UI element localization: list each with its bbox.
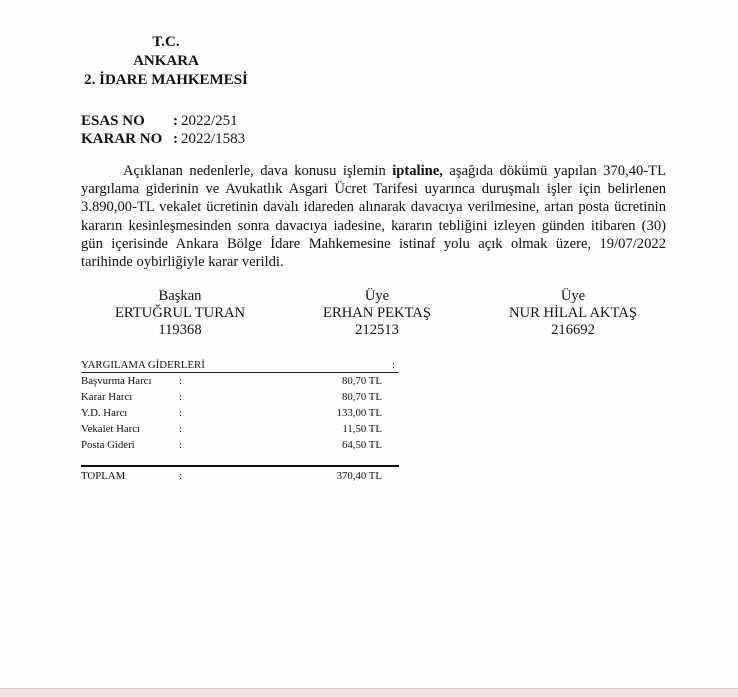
- signature-id: 212513: [277, 322, 477, 339]
- total-divider: [81, 465, 399, 467]
- signature-role: Başkan: [80, 288, 280, 305]
- cost-amount: 11,50 TL: [342, 423, 382, 435]
- karar-colon: :: [173, 130, 178, 148]
- cost-colon: :: [179, 423, 182, 435]
- document-page: T.C. ANKARA 2. İDARE MAHKEMESİ ESAS NO :…: [0, 0, 738, 688]
- costs-header-colon: :: [392, 359, 395, 371]
- page-bottom-edge: [0, 688, 738, 697]
- header-city: ANKARA: [84, 52, 248, 71]
- karar-label: KARAR NO: [81, 130, 173, 148]
- signature-id: 119368: [80, 322, 280, 339]
- cost-label: Karar Harcı: [81, 391, 132, 403]
- esas-colon: :: [173, 112, 178, 130]
- decision-text-part1: Açıklanan nedenlerle, dava konusu işlemi…: [123, 163, 392, 179]
- signature-name: NUR HİLAL AKTAŞ: [473, 305, 673, 322]
- signature-role: Üye: [473, 288, 673, 305]
- esas-value: 2022/251: [181, 112, 238, 130]
- cost-amount: 64,50 TL: [342, 439, 382, 451]
- esas-row: ESAS NO : 2022/251: [81, 112, 245, 130]
- cost-amount: 80,70 TL: [342, 391, 382, 403]
- signature-role: Üye: [277, 288, 477, 305]
- karar-value: 2022/1583: [181, 130, 245, 148]
- case-numbers: ESAS NO : 2022/251 KARAR NO : 2022/1583: [81, 112, 245, 148]
- cost-amount: 133,00 TL: [337, 407, 382, 419]
- cost-label: Posta Gideri: [81, 439, 135, 451]
- costs-title: YARGILAMA GİDERLERİ: [81, 359, 205, 371]
- total-row: TOPLAM : 370,40 TL: [81, 468, 399, 484]
- decision-paragraph: Açıklanan nedenlerle, dava konusu işlemi…: [81, 162, 666, 271]
- table-row: Y.D. Harcı : 133,00 TL: [81, 405, 399, 421]
- header-tc: T.C.: [84, 33, 248, 52]
- signature-name: ERHAN PEKTAŞ: [277, 305, 477, 322]
- table-row: Posta Gideri : 64,50 TL: [81, 437, 399, 453]
- signature-name: ERTUĞRUL TURAN: [80, 305, 280, 322]
- cost-label: Y.D. Harcı: [81, 407, 127, 419]
- costs-table: YARGILAMA GİDERLERİ : Başvurma Harcı : 8…: [81, 358, 399, 453]
- total-amount: 370,40 TL: [337, 470, 382, 482]
- esas-label: ESAS NO: [81, 112, 173, 130]
- court-header: T.C. ANKARA 2. İDARE MAHKEMESİ: [84, 33, 248, 90]
- signature-member-2: Üye NUR HİLAL AKTAŞ 216692: [473, 288, 673, 339]
- signature-id: 216692: [473, 322, 673, 339]
- costs-header: YARGILAMA GİDERLERİ :: [81, 358, 399, 373]
- decision-text-part2: aşağıda dökümü yapılan 370,40-TL yargıla…: [81, 163, 666, 270]
- cost-label: Vekalet Harcı: [81, 423, 140, 435]
- cost-colon: :: [179, 407, 182, 419]
- decision-text: Açıklanan nedenlerle, dava konusu işlemi…: [81, 162, 666, 271]
- total-label: TOPLAM: [81, 470, 125, 482]
- header-court: 2. İDARE MAHKEMESİ: [84, 71, 248, 90]
- cost-colon: :: [179, 391, 182, 403]
- cost-colon: :: [179, 439, 182, 451]
- cost-amount: 80,70 TL: [342, 375, 382, 387]
- table-row: Başvurma Harcı : 80,70 TL: [81, 373, 399, 389]
- total-colon: :: [179, 470, 182, 482]
- decision-text-bold: iptaline,: [392, 163, 443, 179]
- karar-row: KARAR NO : 2022/1583: [81, 130, 245, 148]
- table-row: Karar Harcı : 80,70 TL: [81, 389, 399, 405]
- table-row: Vekalet Harcı : 11,50 TL: [81, 421, 399, 437]
- signature-member-1: Üye ERHAN PEKTAŞ 212513: [277, 288, 477, 339]
- cost-colon: :: [179, 375, 182, 387]
- signature-chair: Başkan ERTUĞRUL TURAN 119368: [80, 288, 280, 339]
- cost-label: Başvurma Harcı: [81, 375, 151, 387]
